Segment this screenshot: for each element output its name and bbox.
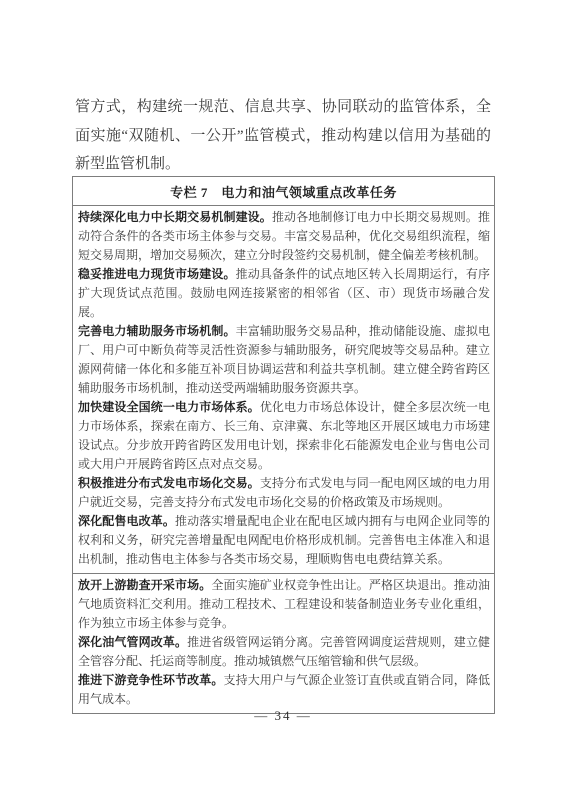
task-lead: 深化配售电改革。 — [78, 514, 175, 528]
page-number: — 34 — — [0, 708, 566, 724]
reform-task-item: 稳妥推进电力现货市场建设。推动具备条件的试点地区转入长周期运行，有序扩大现货试点… — [78, 265, 490, 322]
reform-task-item: 深化油气管网改革。推进省级管网运销分离。完善管网调度运营规则，建立健全管容分配、… — [78, 633, 490, 671]
task-lead: 积极推进分布式发电市场化交易。 — [78, 476, 260, 490]
reform-task-item: 放开上游勘查开采市场。全面实施矿业权竞争性出让。严格区块退出。推动油气地质资料汇… — [78, 576, 490, 633]
intro-paragraph: 管方式，构建统一规范、信息共享、协同联动的监管体系，全面实施“双随机、一公开”监… — [75, 93, 491, 179]
task-lead: 持续深化电力中长期交易机制建设。 — [78, 210, 272, 224]
task-lead: 加快建设全国统一电力市场体系。 — [78, 400, 260, 414]
reform-task-item: 完善电力辅助服务市场机制。丰富辅助服务交易品种，推动储能设施、虚拟电厂、用户可中… — [78, 322, 490, 398]
reform-task-item: 积极推进分布式发电市场化交易。支持分布式发电与同一配电网区域的电力用户就近交易，… — [78, 474, 490, 512]
panel-title: 专栏 7 电力和油气领域重点改革任务 — [73, 177, 494, 206]
reform-task-item: 推进下游竞争性环节改革。支持大用户与气源企业签订直供或直销合同，降低用气成本。 — [78, 671, 490, 709]
reform-task-item: 深化配售电改革。推动落实增量配电企业在配电区域内拥有与电网企业同等的权利和义务，… — [78, 512, 490, 569]
reform-task-item: 加快建设全国统一电力市场体系。优化电力市场总体设计，健全多层次统一电力市场体系，… — [78, 398, 490, 474]
reform-task-item: 持续深化电力中长期交易机制建设。推动各地制修订电力中长期交易规则。推动符合条件的… — [78, 208, 490, 265]
task-lead: 深化油气管网改革。 — [78, 635, 187, 649]
reform-tasks-panel: 专栏 7 电力和油气领域重点改革任务 持续深化电力中长期交易机制建设。推动各地制… — [72, 176, 495, 714]
task-lead: 推进下游竞争性环节改革。 — [78, 673, 223, 687]
panel-section-electricity: 持续深化电力中长期交易机制建设。推动各地制修订电力中长期交易规则。推动符合条件的… — [73, 206, 494, 573]
task-lead: 完善电力辅助服务市场机制。 — [78, 324, 236, 338]
document-page: 管方式，构建统一规范、信息共享、协同联动的监管体系，全面实施“双随机、一公开”监… — [0, 0, 566, 800]
task-lead: 稳妥推进电力现货市场建设。 — [78, 267, 236, 281]
task-lead: 放开上游勘查开采市场。 — [78, 578, 211, 592]
panel-section-oil-gas: 放开上游勘查开采市场。全面实施矿业权竞争性出让。严格区块退出。推动油气地质资料汇… — [73, 573, 494, 713]
